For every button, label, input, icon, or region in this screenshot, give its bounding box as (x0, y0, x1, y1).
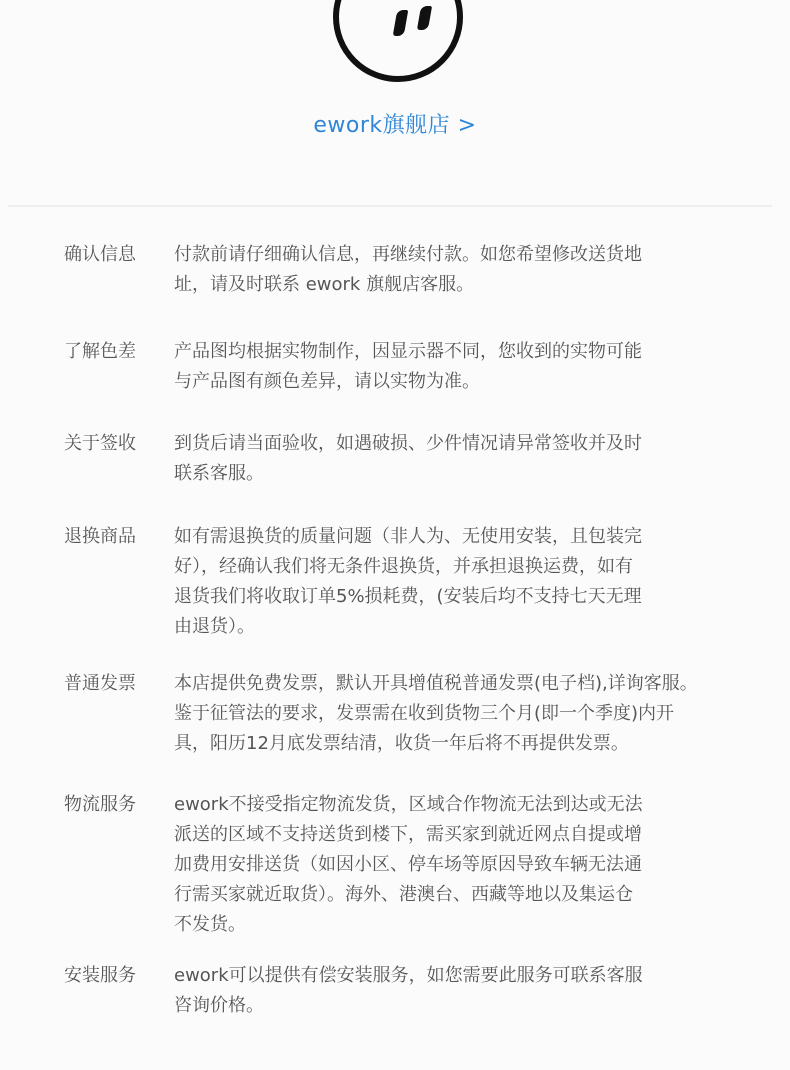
section-label: 了解色差 (64, 337, 174, 397)
section-text: 付款前请仔细确认信息，再继续付款。如您希望修改送货地 址，请及时联系 ework… (174, 240, 740, 300)
section-label: 安装服务 (64, 961, 174, 1021)
section-confirm-info: 确认信息 付款前请仔细确认信息，再继续付款。如您希望修改送货地 址，请及时联系 … (64, 240, 754, 300)
section-label: 关于签收 (64, 429, 174, 489)
section-label: 确认信息 (64, 240, 174, 300)
section-text: 本店提供免费发票，默认开具增值税普通发票(电子档),详询客服。 鉴于征管法的要求… (174, 669, 754, 759)
section-text: 产品图均根据实物制作，因显示器不同，您收到的实物可能 与产品图有颜色差异，请以实… (174, 337, 740, 397)
logo-mark (393, 10, 409, 36)
section-receipt: 关于签收 到货后请当面验收，如遇破损、少件情况请异常签收并及时 联系客服。 (64, 429, 754, 489)
section-text: ework不接受指定物流发货，区域合作物流无法到达或无法 派送的区域不支持送货到… (174, 790, 740, 940)
section-color-difference: 了解色差 产品图均根据实物制作，因显示器不同，您收到的实物可能 与产品图有颜色差… (64, 337, 754, 397)
section-text: ework可以提供有偿安装服务，如您需要此服务可联系客服 咨询价格。 (174, 961, 740, 1021)
section-returns: 退换商品 如有需退换货的质量问题（非人为、无使用安装，且包装完 好），经确认我们… (64, 522, 754, 642)
section-label: 物流服务 (64, 790, 174, 940)
section-label: 退换商品 (64, 522, 174, 642)
smile-logo-icon (333, 0, 463, 82)
section-invoice: 普通发票 本店提供免费发票，默认开具增值税普通发票(电子档),详询客服。 鉴于征… (64, 669, 754, 759)
section-logistics: 物流服务 ework不接受指定物流发货，区域合作物流无法到达或无法 派送的区域不… (64, 790, 754, 940)
section-text: 到货后请当面验收，如遇破损、少件情况请异常签收并及时 联系客服。 (174, 429, 740, 489)
section-text: 如有需退换货的质量问题（非人为、无使用安装，且包装完 好），经确认我们将无条件退… (174, 522, 740, 642)
section-installation: 安装服务 ework可以提供有偿安装服务，如您需要此服务可联系客服 咨询价格。 (64, 961, 754, 1021)
section-label: 普通发票 (64, 669, 174, 759)
divider (8, 205, 772, 207)
store-link[interactable]: ework旗舰店 > (0, 108, 790, 139)
logo-mark (417, 6, 432, 30)
